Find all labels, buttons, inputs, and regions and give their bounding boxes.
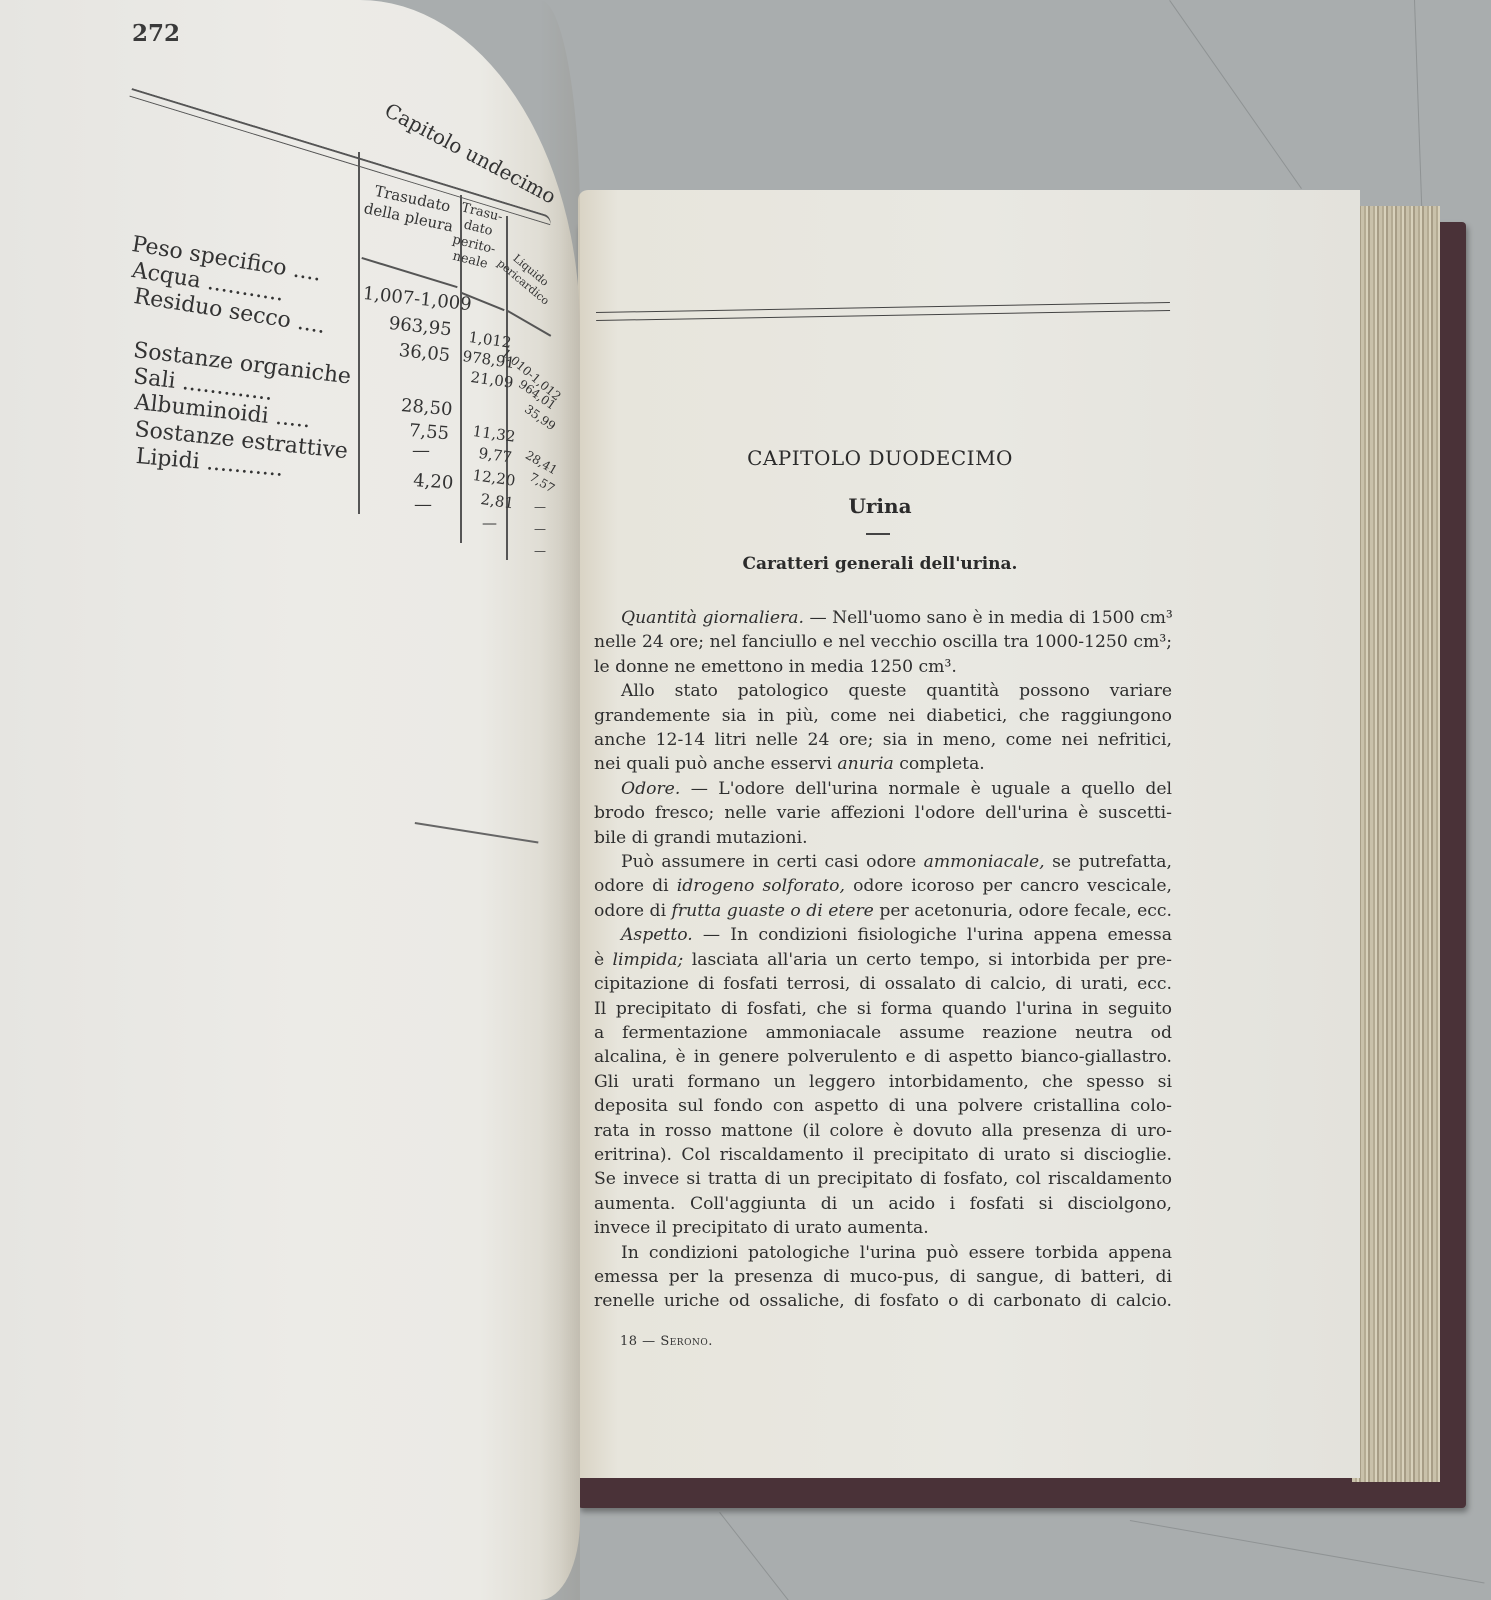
line-text: — In condizioni fisiologiche l'urina app… [693,925,1172,945]
table-column-divider [358,152,360,514]
text-line: deposita sul fondo con aspetto di una po… [594,1094,1172,1118]
text-line: odore di idrogeno solforato, odore icoro… [594,874,1172,898]
signature-name: Serono. [660,1334,713,1349]
line-text: invece il precipitato di urato aumenta. [594,1218,929,1238]
line-text: bile di grandi mutazioni. [594,828,808,848]
table-surface-line [1169,0,1302,189]
line-text: Allo stato patologico queste quantità po… [621,681,1172,701]
line-text: a fermentazione ammoniacale assume reazi… [594,1023,1172,1043]
run-in-heading: Quantità giornaliera. [621,608,804,628]
italic-term: ammoniacale, [924,852,1045,872]
table-surface-line [719,1512,794,1600]
text-line: nelle 24 ore; nel fanciullo e nel vecchi… [594,630,1172,654]
line-text: le donne ne emettono in media 1250 cm³. [594,657,957,677]
line-text: odore di [594,876,677,896]
line-text: — Nell'uomo sano è in media di 1500 cm³ [804,608,1173,628]
text-line: brodo fresco; nelle varie affezioni l'od… [594,801,1172,825]
page-number: 272 [132,20,180,47]
text-line: grandemente sia in più, come nei diabeti… [594,704,1172,728]
text-line: renelle uriche od ossaliche, di fosfato … [594,1289,1172,1313]
italic-term: frutta guaste o di etere [672,901,874,921]
table-cell: 28,50 [400,395,453,420]
title-separator [866,533,890,535]
table-cell: — [534,544,546,558]
line-text: Il precipitato di fosfati, che si forma … [594,999,1172,1019]
table-surface-line [1130,1520,1485,1583]
chapter-title: CAPITOLO DUODECIMO [600,446,1160,470]
text-line: Quantità giornaliera. — Nell'uomo sano è… [594,606,1172,630]
text-line: invece il precipitato di urato aumenta. [594,1216,1172,1240]
line-text: deposita sul fondo con aspetto di una po… [594,1096,1172,1116]
page-stack-edge [1352,206,1440,1482]
text-line: anche 12-14 litri nelle 24 ore; sia in m… [594,728,1172,752]
line-text: Può assumere in certi casi odore [621,852,924,872]
text-line: emessa per la presenza di muco-pus, di s… [594,1265,1172,1289]
page-curve-shadow [540,0,580,1600]
line-text: odore di [594,901,672,921]
line-text: odore icoroso per cancro vescicale, [845,876,1172,896]
text-line: nei quali può anche esservi anuria compl… [594,752,1172,776]
line-text: cipitazione di fosfati terrosi, di ossal… [594,974,1172,994]
line-text: se putrefatta, [1045,852,1172,872]
text-line: Può assumere in certi casi odore ammonia… [594,850,1172,874]
text-line: Odore. — L'odore dell'urina normale è ug… [594,777,1172,801]
text-line: Gli urati formano un leggero intorbidame… [594,1070,1172,1094]
text-line: alcalina, è in genere polverulento e di … [594,1045,1172,1069]
line-text: completa. [894,754,985,774]
table-cell: — [412,440,430,461]
text-line: Aspetto. — In condizioni fisiologiche l'… [594,923,1172,947]
italic-term: idrogeno solforato, [677,876,845,896]
run-in-heading: Odore. [621,779,680,799]
line-text: lasciata all'aria un certo tempo, si int… [683,950,1172,970]
line-text: In condizioni patologiche l'urina può es… [621,1243,1172,1263]
text-line: Allo stato patologico queste quantità po… [594,679,1172,703]
line-text: è [594,950,613,970]
line-text: nelle 24 ore; nel fanciullo e nel vecchi… [594,632,1172,652]
text-line: eritrina). Col riscaldamento il precipit… [594,1143,1172,1167]
italic-term: limpida; [613,950,684,970]
italic-term: anuria [837,754,893,774]
signature-number: 18 — [620,1334,660,1349]
text-line: è limpida; lasciata all'aria un certo te… [594,948,1172,972]
line-text: anche 12-14 litri nelle 24 ore; sia in m… [594,730,1172,750]
line-text: nei quali può anche esservi [594,754,837,774]
line-text: rata in rosso mattone (il colore è dovut… [594,1121,1172,1141]
table-cell: 4,20 [413,470,454,494]
text-line: In condizioni patologiche l'urina può es… [594,1241,1172,1265]
text-line: a fermentazione ammoniacale assume reazi… [594,1021,1172,1045]
text-line: aumenta. Coll'aggiunta di un acido i fos… [594,1192,1172,1216]
line-text: emessa per la presenza di muco-pus, di s… [594,1267,1172,1287]
text-line: rata in rosso mattone (il colore è dovut… [594,1119,1172,1143]
subsection-title: Caratteri generali dell'urina. [600,554,1160,574]
line-text: Se invece si tratta di un precipitato di… [594,1169,1172,1189]
run-in-heading: Aspetto. [621,925,693,945]
table-cell: — [534,500,546,514]
line-text: — L'odore dell'urina normale è uguale a … [680,779,1172,799]
table-cell: — [414,494,432,515]
text-line: Il precipitato di fosfati, che si forma … [594,997,1172,1021]
line-text: brodo fresco; nelle varie affezioni l'od… [594,803,1172,823]
text-line: bile di grandi mutazioni. [594,826,1172,850]
table-cell: — [482,514,497,532]
line-text: renelle uriche od ossaliche, di fosfato … [594,1291,1172,1311]
printer-signature: 18 — Serono. [620,1334,713,1349]
line-text: per acetonuria, odore fecale, ecc. [874,901,1172,921]
section-title: Urina [600,494,1160,518]
text-line: odore di frutta guaste o di etere per ac… [594,899,1172,923]
text-line: cipitazione di fosfati terrosi, di ossal… [594,972,1172,996]
text-line: Se invece si tratta di un precipitato di… [594,1167,1172,1191]
line-text: Gli urati formano un leggero intorbidame… [594,1072,1172,1092]
line-text: aumenta. Coll'aggiunta di un acido i fos… [594,1194,1172,1214]
body-text: Quantità giornaliera. — Nell'uomo sano è… [594,606,1172,1314]
text-line: le donne ne emettono in media 1250 cm³. [594,655,1172,679]
line-text: grandemente sia in più, come nei diabeti… [594,706,1172,726]
line-text: alcalina, è in genere polverulento e di … [594,1047,1172,1067]
table-cell: — [534,522,546,536]
line-text: eritrina). Col riscaldamento il precipit… [594,1145,1172,1165]
